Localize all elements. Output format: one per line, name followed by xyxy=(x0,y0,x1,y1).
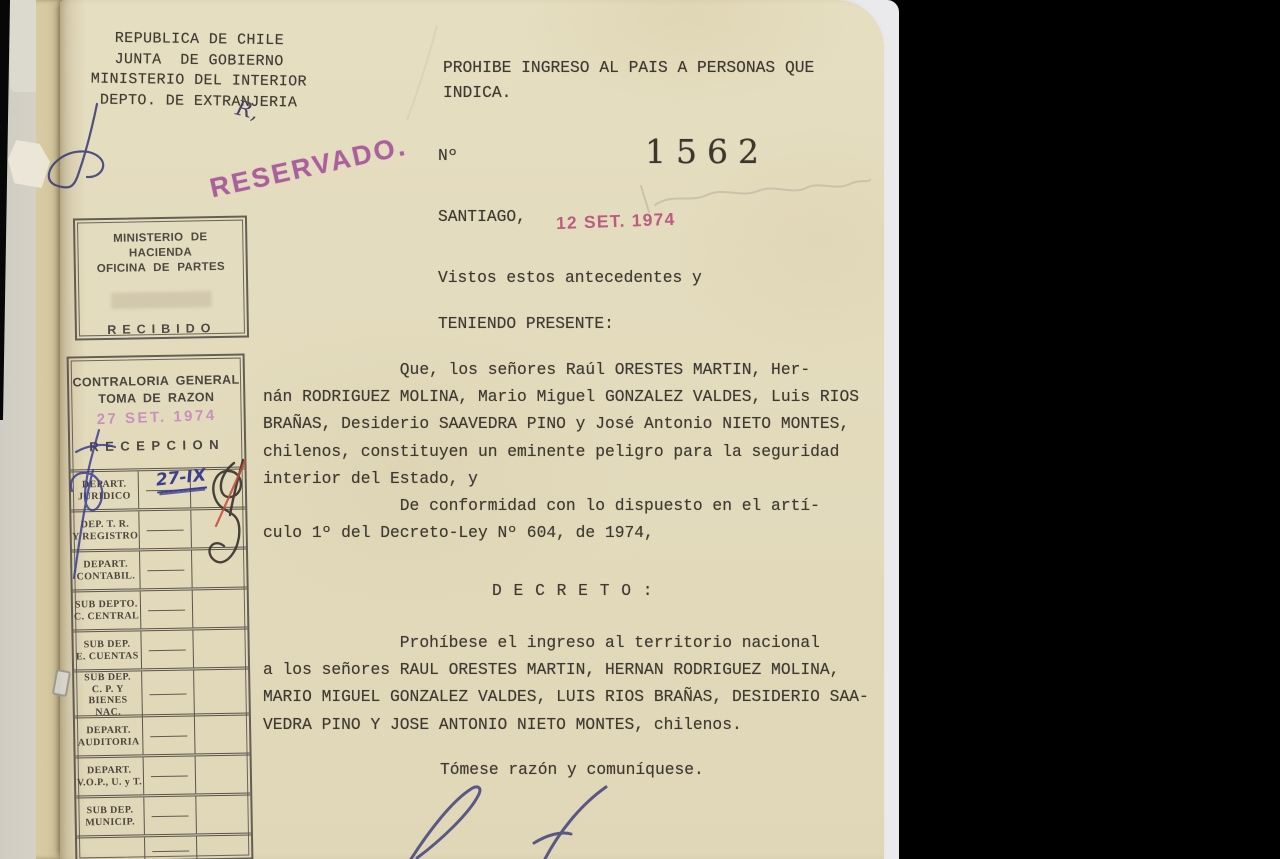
text-line: INDICA. xyxy=(443,80,814,105)
routing-row-empty-cell xyxy=(193,589,248,627)
routing-row-fill-cell xyxy=(142,670,195,717)
text-line: interior del Estado, y xyxy=(263,465,859,492)
decree-heading: D E C R E T O : xyxy=(492,577,654,604)
routing-table-row: SUB DEP. C. P. Y BIENES NAC. xyxy=(74,666,249,715)
routing-row-label: DEPART. AUDITORIA xyxy=(75,717,143,755)
scanned-document-page: REPUBLICA DE CHILEJUNTA DE GOBIERNOMINIS… xyxy=(0,0,1280,859)
contraloria-stamp-frame: CONTRALORIA GENERALTOMA DE RAZON 27 SET.… xyxy=(71,358,250,859)
considering-heading: TENIENDO PRESENTE: xyxy=(438,310,614,337)
text-line: chilenos, constituyen un eminente peligr… xyxy=(263,438,859,465)
text-line: nán RODRIGUEZ MOLINA, Mario Miguel GONZA… xyxy=(263,383,859,410)
routing-row-empty-cell xyxy=(196,795,249,833)
considerations-paragraph: Que, los señores Raúl ORESTES MARTIN, He… xyxy=(263,356,859,546)
routing-table-row xyxy=(77,832,249,858)
text-line: culo 1º del Decreto-Ley Nº 604, de 1974, xyxy=(263,519,859,546)
routing-row-empty-cell xyxy=(197,835,249,858)
routing-row-label xyxy=(77,837,145,858)
routing-row-label: SUB DEP. E. CUENTAS xyxy=(73,631,141,669)
routing-table-row: SUB DEP. MUNICIP. xyxy=(76,792,249,835)
contraloria-date-stamp: 27 SET. 1974 xyxy=(72,406,240,429)
hacienda-stamp-frame: MINISTERIO DE HACIENDAOFICINA DE PARTES … xyxy=(77,220,245,337)
intro-line: Vistos estos antecedentes y xyxy=(438,264,702,291)
letterhead: REPUBLICA DE CHILEJUNTA DE GOBIERNOMINIS… xyxy=(77,28,320,113)
fill-line xyxy=(148,609,185,611)
fill-line xyxy=(147,569,184,571)
routing-table: DEPART. JURIDICODEP. T. R. Y REGISTRODEP… xyxy=(71,467,250,859)
number-label: Nº xyxy=(438,142,458,169)
routing-row-label: SUB DEP. C. P. Y BIENES NAC. xyxy=(74,671,143,718)
fill-line xyxy=(149,649,186,651)
text-line: VEDRA PINO Y JOSE ANTONIO NIETO MONTES, … xyxy=(263,711,869,738)
fill-line xyxy=(150,735,187,737)
contraloria-stamp-title: CONTRALORIA GENERALTOMA DE RAZON xyxy=(72,372,241,409)
routing-row-label: SUB DEP. MUNICIP. xyxy=(76,797,144,835)
routing-row-label: DEPART. JURIDICO xyxy=(71,471,139,509)
text-line: DEPTO. DE EXTRANJERIA xyxy=(77,90,319,114)
text-line: REPUBLICA DE CHILE xyxy=(78,28,320,52)
text-line: CONTRALORIA GENERAL xyxy=(72,372,240,392)
closing-line: Tómese razón y comuníquese. xyxy=(440,756,704,783)
routing-row-label: SUB DEPTO. C. CENTRAL xyxy=(73,591,141,629)
hacienda-stamp-title: MINISTERIO DE HACIENDAOFICINA DE PARTES xyxy=(78,230,243,278)
text-line: PROHIBE INGRESO AL PAIS A PERSONAS QUE xyxy=(443,55,814,80)
routing-row-label: DEP. T. R. Y REGISTRO xyxy=(71,511,139,549)
text-line: OFICINA DE PARTES xyxy=(79,260,243,278)
routing-row-fill-cell xyxy=(140,550,193,588)
fill-line xyxy=(147,529,184,531)
text-line: Que, los señores Raúl ORESTES MARTIN, He… xyxy=(263,356,859,383)
routing-row-label: DEPART. CONTABIL. xyxy=(72,551,140,589)
decree-number-stamp: 1562 xyxy=(645,132,769,171)
subject-line: PROHIBE INGRESO AL PAIS A PERSONAS QUEIN… xyxy=(443,55,814,105)
routing-table-row: DEP. T. R. Y REGISTRO xyxy=(71,506,246,549)
routing-row-empty-cell xyxy=(194,669,249,716)
routing-row-fill-cell xyxy=(143,756,196,794)
routing-row-fill-cell xyxy=(145,836,198,858)
text-line: MINISTERIO DE HACIENDA xyxy=(78,230,242,263)
routing-row-empty-cell xyxy=(191,509,246,547)
text-line: MARIO MIGUEL GONZALEZ VALDES, LUIS RIOS … xyxy=(263,683,869,710)
routing-row-fill-cell xyxy=(144,796,197,834)
routing-row-fill-cell xyxy=(139,510,192,548)
text-line: MINISTERIO DEL INTERIOR xyxy=(78,69,320,93)
text-line: BRAÑAS, Desiderio SAAVEDRA PINO y José A… xyxy=(263,410,859,437)
contraloria-stamp: CONTRALORIA GENERALTOMA DE RAZON 27 SET.… xyxy=(67,353,254,859)
routing-row-empty-cell xyxy=(193,629,248,667)
hacienda-received-stamp: MINISTERIO DE HACIENDAOFICINA DE PARTES … xyxy=(73,215,249,340)
fill-line xyxy=(150,694,187,696)
routing-row-empty-cell xyxy=(195,715,249,753)
routing-table-row: DEPART. AUDITORIA xyxy=(75,712,249,755)
decree-paragraph: Prohíbese el ingreso al territorio nacio… xyxy=(263,629,869,738)
routing-row-fill-cell xyxy=(141,590,194,628)
routing-table-row: SUB DEPTO. C. CENTRAL xyxy=(73,586,248,629)
date-stamp: 12 SET. 1974 xyxy=(556,209,676,234)
fill-line xyxy=(152,815,189,817)
text-line: De conformidad con lo dispuesto en el ar… xyxy=(263,492,859,519)
reception-label: RECEPCION xyxy=(73,437,241,455)
fill-line xyxy=(151,775,188,777)
routing-table-row: SUB DEP. E. CUENTAS xyxy=(73,626,248,669)
text-line: TOMA DE RAZON xyxy=(72,389,240,409)
routing-row-fill-cell xyxy=(143,716,196,754)
routing-row-empty-cell xyxy=(192,549,247,587)
routing-row-label: DEPART. V.O.P., U. y T. xyxy=(76,757,144,795)
city-line: SANTIAGO, xyxy=(438,203,526,230)
fill-line xyxy=(152,850,189,852)
routing-table-row: DEPART. V.O.P., U. y T. xyxy=(76,752,250,795)
faded-stamp-smudge xyxy=(111,291,211,309)
routing-table-row: DEPART. CONTABIL. xyxy=(72,546,247,589)
text-line: Prohíbese el ingreso al territorio nacio… xyxy=(263,629,869,656)
routing-row-empty-cell xyxy=(196,755,250,793)
routing-row-fill-cell xyxy=(141,630,194,668)
text-line: a los señores RAUL ORESTES MARTIN, HERNA… xyxy=(263,656,869,683)
recibido-label: RECIBIDO xyxy=(80,321,244,337)
